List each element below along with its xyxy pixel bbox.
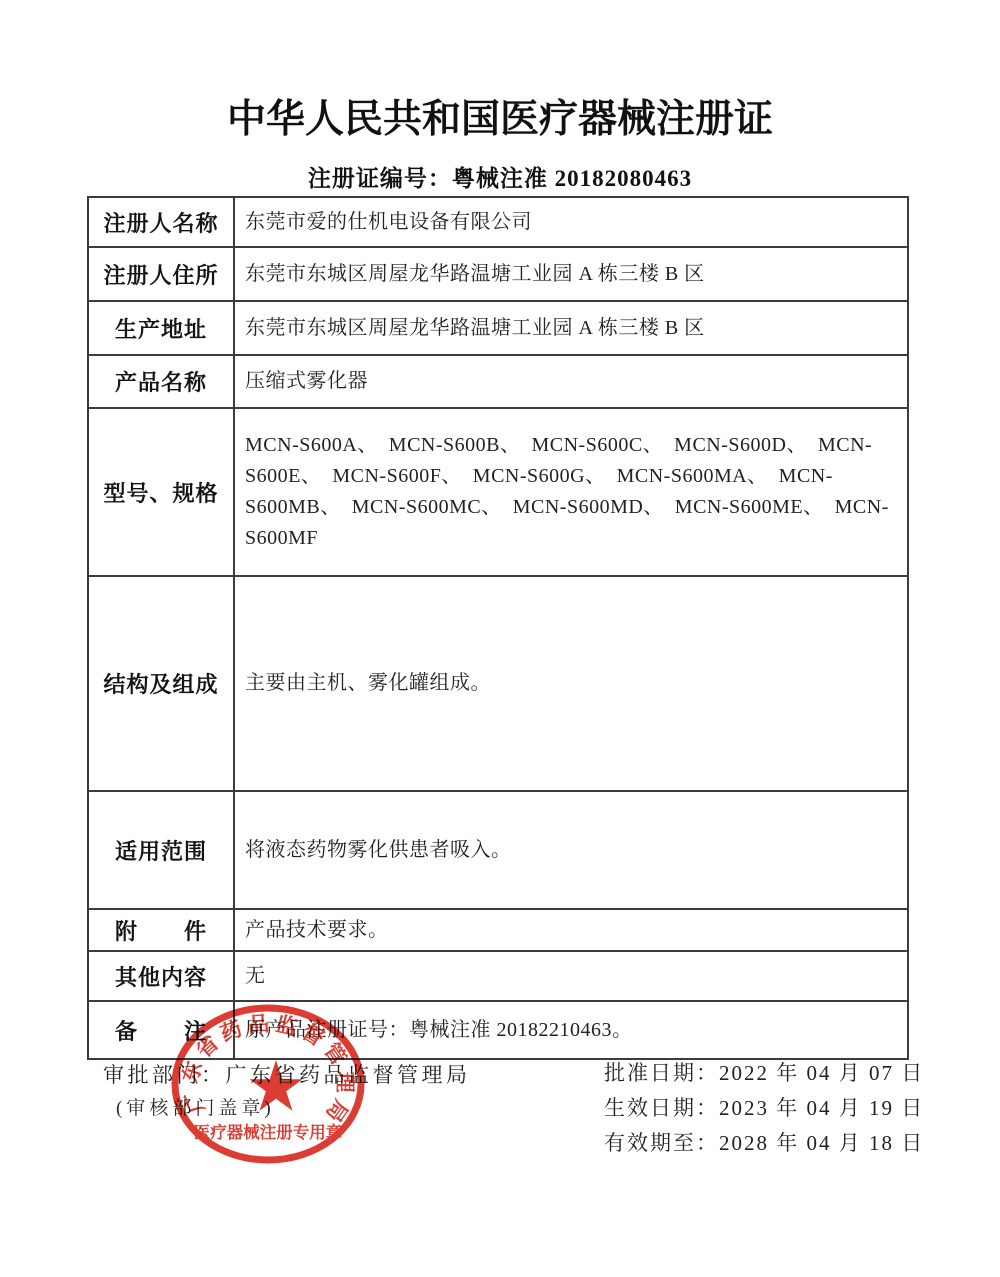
row-label-production-address: 生产地址	[88, 301, 234, 355]
star-icon	[249, 1060, 302, 1111]
row-value-other-content: 无	[234, 951, 908, 1001]
approval-date-line: 批准日期：2022 年 04 月 07 日	[604, 1059, 924, 1094]
row-value-production-address: 东莞市东城区周屋龙华路温塘工业园 A 栋三楼 B 区	[234, 301, 908, 355]
row-value-attachment: 产品技术要求。	[234, 909, 908, 951]
table-row-registrant-name: 注册人名称 东莞市爱的仕机电设备有限公司	[88, 197, 908, 247]
row-value-product-name: 压缩式雾化器	[234, 355, 908, 408]
row-value-structure: 主要由主机、雾化罐组成。	[234, 576, 908, 791]
row-value-registrant-address: 东莞市东城区周屋龙华路温塘工业园 A 栋三楼 B 区	[234, 247, 908, 301]
certificate-number-label: 注册证编号：	[308, 166, 452, 191]
approval-date-value: 2022 年 04 月 07 日	[719, 1061, 924, 1085]
expiry-date-label: 有效期至：	[604, 1131, 719, 1155]
official-seal: 广东省药品监督管理局 医疗器械注册专用章	[165, 998, 377, 1170]
date-block: 批准日期：2022 年 04 月 07 日 生效日期：2023 年 04 月 1…	[604, 1059, 924, 1164]
expiry-date-value: 2028 年 04 月 18 日	[719, 1131, 924, 1155]
certificate-page: 中华人民共和国医疗器械注册证 注册证编号：粤械注准 20182080463 注册…	[0, 0, 1000, 1277]
row-label-product-name: 产品名称	[88, 355, 234, 408]
table-row-structure: 结构及组成 主要由主机、雾化罐组成。	[88, 576, 908, 791]
table-row-registrant-address: 注册人住所 东莞市东城区周屋龙华路温塘工业园 A 栋三楼 B 区	[88, 247, 908, 301]
table-row-product-name: 产品名称 压缩式雾化器	[88, 355, 908, 408]
table-row-intended-use: 适用范围 将液态药物雾化供患者吸入。	[88, 791, 908, 909]
row-value-intended-use: 将液态药物雾化供患者吸入。	[234, 791, 908, 909]
effective-date-line: 生效日期：2023 年 04 月 19 日	[604, 1094, 924, 1129]
approval-date-label: 批准日期：	[604, 1061, 719, 1085]
effective-date-value: 2023 年 04 月 19 日	[719, 1096, 924, 1120]
row-value-model-spec: MCN-S600A、 MCN-S600B、 MCN-S600C、 MCN-S60…	[234, 408, 908, 576]
table-row-production-address: 生产地址 东莞市东城区周屋龙华路温塘工业园 A 栋三楼 B 区	[88, 301, 908, 355]
certificate-number-line: 注册证编号：粤械注准 20182080463	[0, 160, 1000, 193]
seal-bottom-text: 医疗器械注册专用章	[194, 1122, 343, 1142]
row-label-intended-use: 适用范围	[88, 791, 234, 909]
page-title: 中华人民共和国医疗器械注册证	[0, 88, 1000, 144]
table-row-model-spec: 型号、规格 MCN-S600A、 MCN-S600B、 MCN-S600C、 M…	[88, 408, 908, 576]
table-row-other-content: 其他内容 无	[88, 951, 908, 1001]
effective-date-label: 生效日期：	[604, 1096, 719, 1120]
table-row-attachment: 附 件 产品技术要求。	[88, 909, 908, 951]
row-label-model-spec: 型号、规格	[88, 408, 234, 576]
row-label-registrant-address: 注册人住所	[88, 247, 234, 301]
certificate-number-value: 粤械注准 20182080463	[452, 166, 692, 191]
row-label-attachment: 附 件	[88, 909, 234, 951]
expiry-date-line: 有效期至：2028 年 04 月 18 日	[604, 1129, 924, 1164]
row-label-other-content: 其他内容	[88, 951, 234, 1001]
row-value-registrant-name: 东莞市爱的仕机电设备有限公司	[234, 197, 908, 247]
row-label-registrant-name: 注册人名称	[88, 197, 234, 247]
registration-table: 注册人名称 东莞市爱的仕机电设备有限公司 注册人住所 东莞市东城区周屋龙华路温塘…	[87, 196, 909, 1060]
row-label-structure: 结构及组成	[88, 576, 234, 791]
